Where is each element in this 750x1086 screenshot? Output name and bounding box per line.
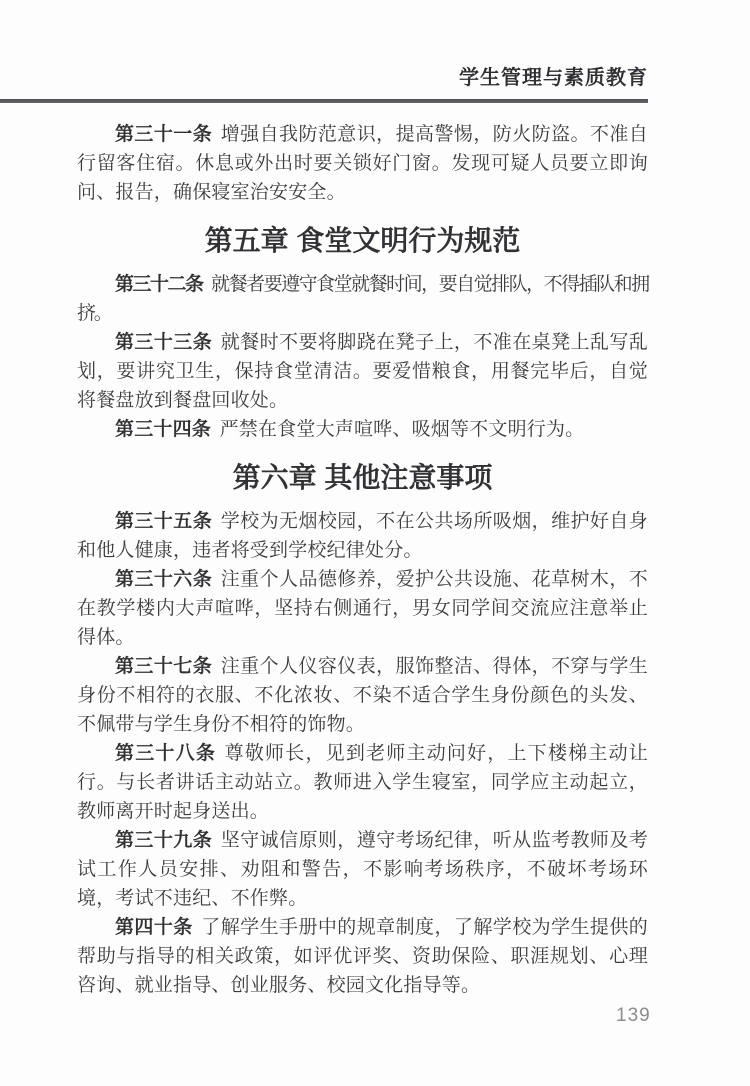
article-36: 第三十六条注重个人品德修养，爱护公共设施、花草树木，不在教学楼内大声喧哗，坚持右… bbox=[77, 565, 648, 652]
chapter-6-title: 第六章 其他注意事项 bbox=[77, 459, 648, 497]
page-number: 139 bbox=[616, 1005, 651, 1027]
article-34-text: 严禁在食堂大声喧哗、吸烟等不文明行为。 bbox=[220, 419, 585, 440]
article-32-number: 第三十二条 bbox=[115, 274, 203, 295]
article-38: 第三十八条尊敬师长，见到老师主动问好，上下楼梯主动让行。与长者讲话主动站立。教师… bbox=[77, 739, 648, 826]
article-32: 第三十二条就餐者要遵守食堂就餐时间，要自觉排队，不得插队和拥挤。 bbox=[77, 270, 648, 328]
running-head-title: 学生管理与素质教育 bbox=[0, 64, 750, 93]
article-37: 第三十七条注重个人仪容仪表，服饰整洁、得体，不穿与学生身份不相符的衣服、不化浓妆… bbox=[77, 652, 648, 739]
article-35-number: 第三十五条 bbox=[115, 511, 212, 532]
document-page: 学生管理与素质教育 第三十一条增强自我防范意识，提高警惕，防火防盗。不准自行留客… bbox=[0, 0, 750, 1086]
page-content: 第三十一条增强自我防范意识，提高警惕，防火防盗。不准自行留客住宿。休息或外出时要… bbox=[0, 103, 750, 1000]
article-39-number: 第三十九条 bbox=[115, 830, 212, 851]
article-31: 第三十一条增强自我防范意识，提高警惕，防火防盗。不准自行留客住宿。休息或外出时要… bbox=[77, 120, 648, 207]
article-33: 第三十三条就餐时不要将脚跷在凳子上，不准在桌凳上乱写乱划，要讲究卫生，保持食堂清… bbox=[77, 328, 648, 415]
chapter-5-title: 第五章 食堂文明行为规范 bbox=[77, 222, 648, 260]
article-40: 第四十条了解学生手册中的规章制度，了解学校为学生提供的帮助与指导的相关政策，如评… bbox=[77, 913, 648, 1000]
article-37-number: 第三十七条 bbox=[115, 656, 212, 677]
page-header: 学生管理与素质教育 bbox=[0, 0, 750, 103]
article-40-number: 第四十条 bbox=[115, 917, 193, 938]
article-34: 第三十四条严禁在食堂大声喧哗、吸烟等不文明行为。 bbox=[77, 415, 648, 444]
article-35: 第三十五条学校为无烟校园，不在公共场所吸烟，维护好自身和他人健康，违者将受到学校… bbox=[77, 507, 648, 565]
article-33-number: 第三十三条 bbox=[115, 332, 212, 353]
article-31-number: 第三十一条 bbox=[115, 124, 212, 145]
article-38-number: 第三十八条 bbox=[115, 743, 216, 764]
article-34-number: 第三十四条 bbox=[115, 419, 211, 440]
article-39: 第三十九条坚守诚信原则，遵守考场纪律，听从监考教师及考试工作人员安排、劝阻和警告… bbox=[77, 826, 648, 913]
article-36-number: 第三十六条 bbox=[115, 569, 212, 590]
